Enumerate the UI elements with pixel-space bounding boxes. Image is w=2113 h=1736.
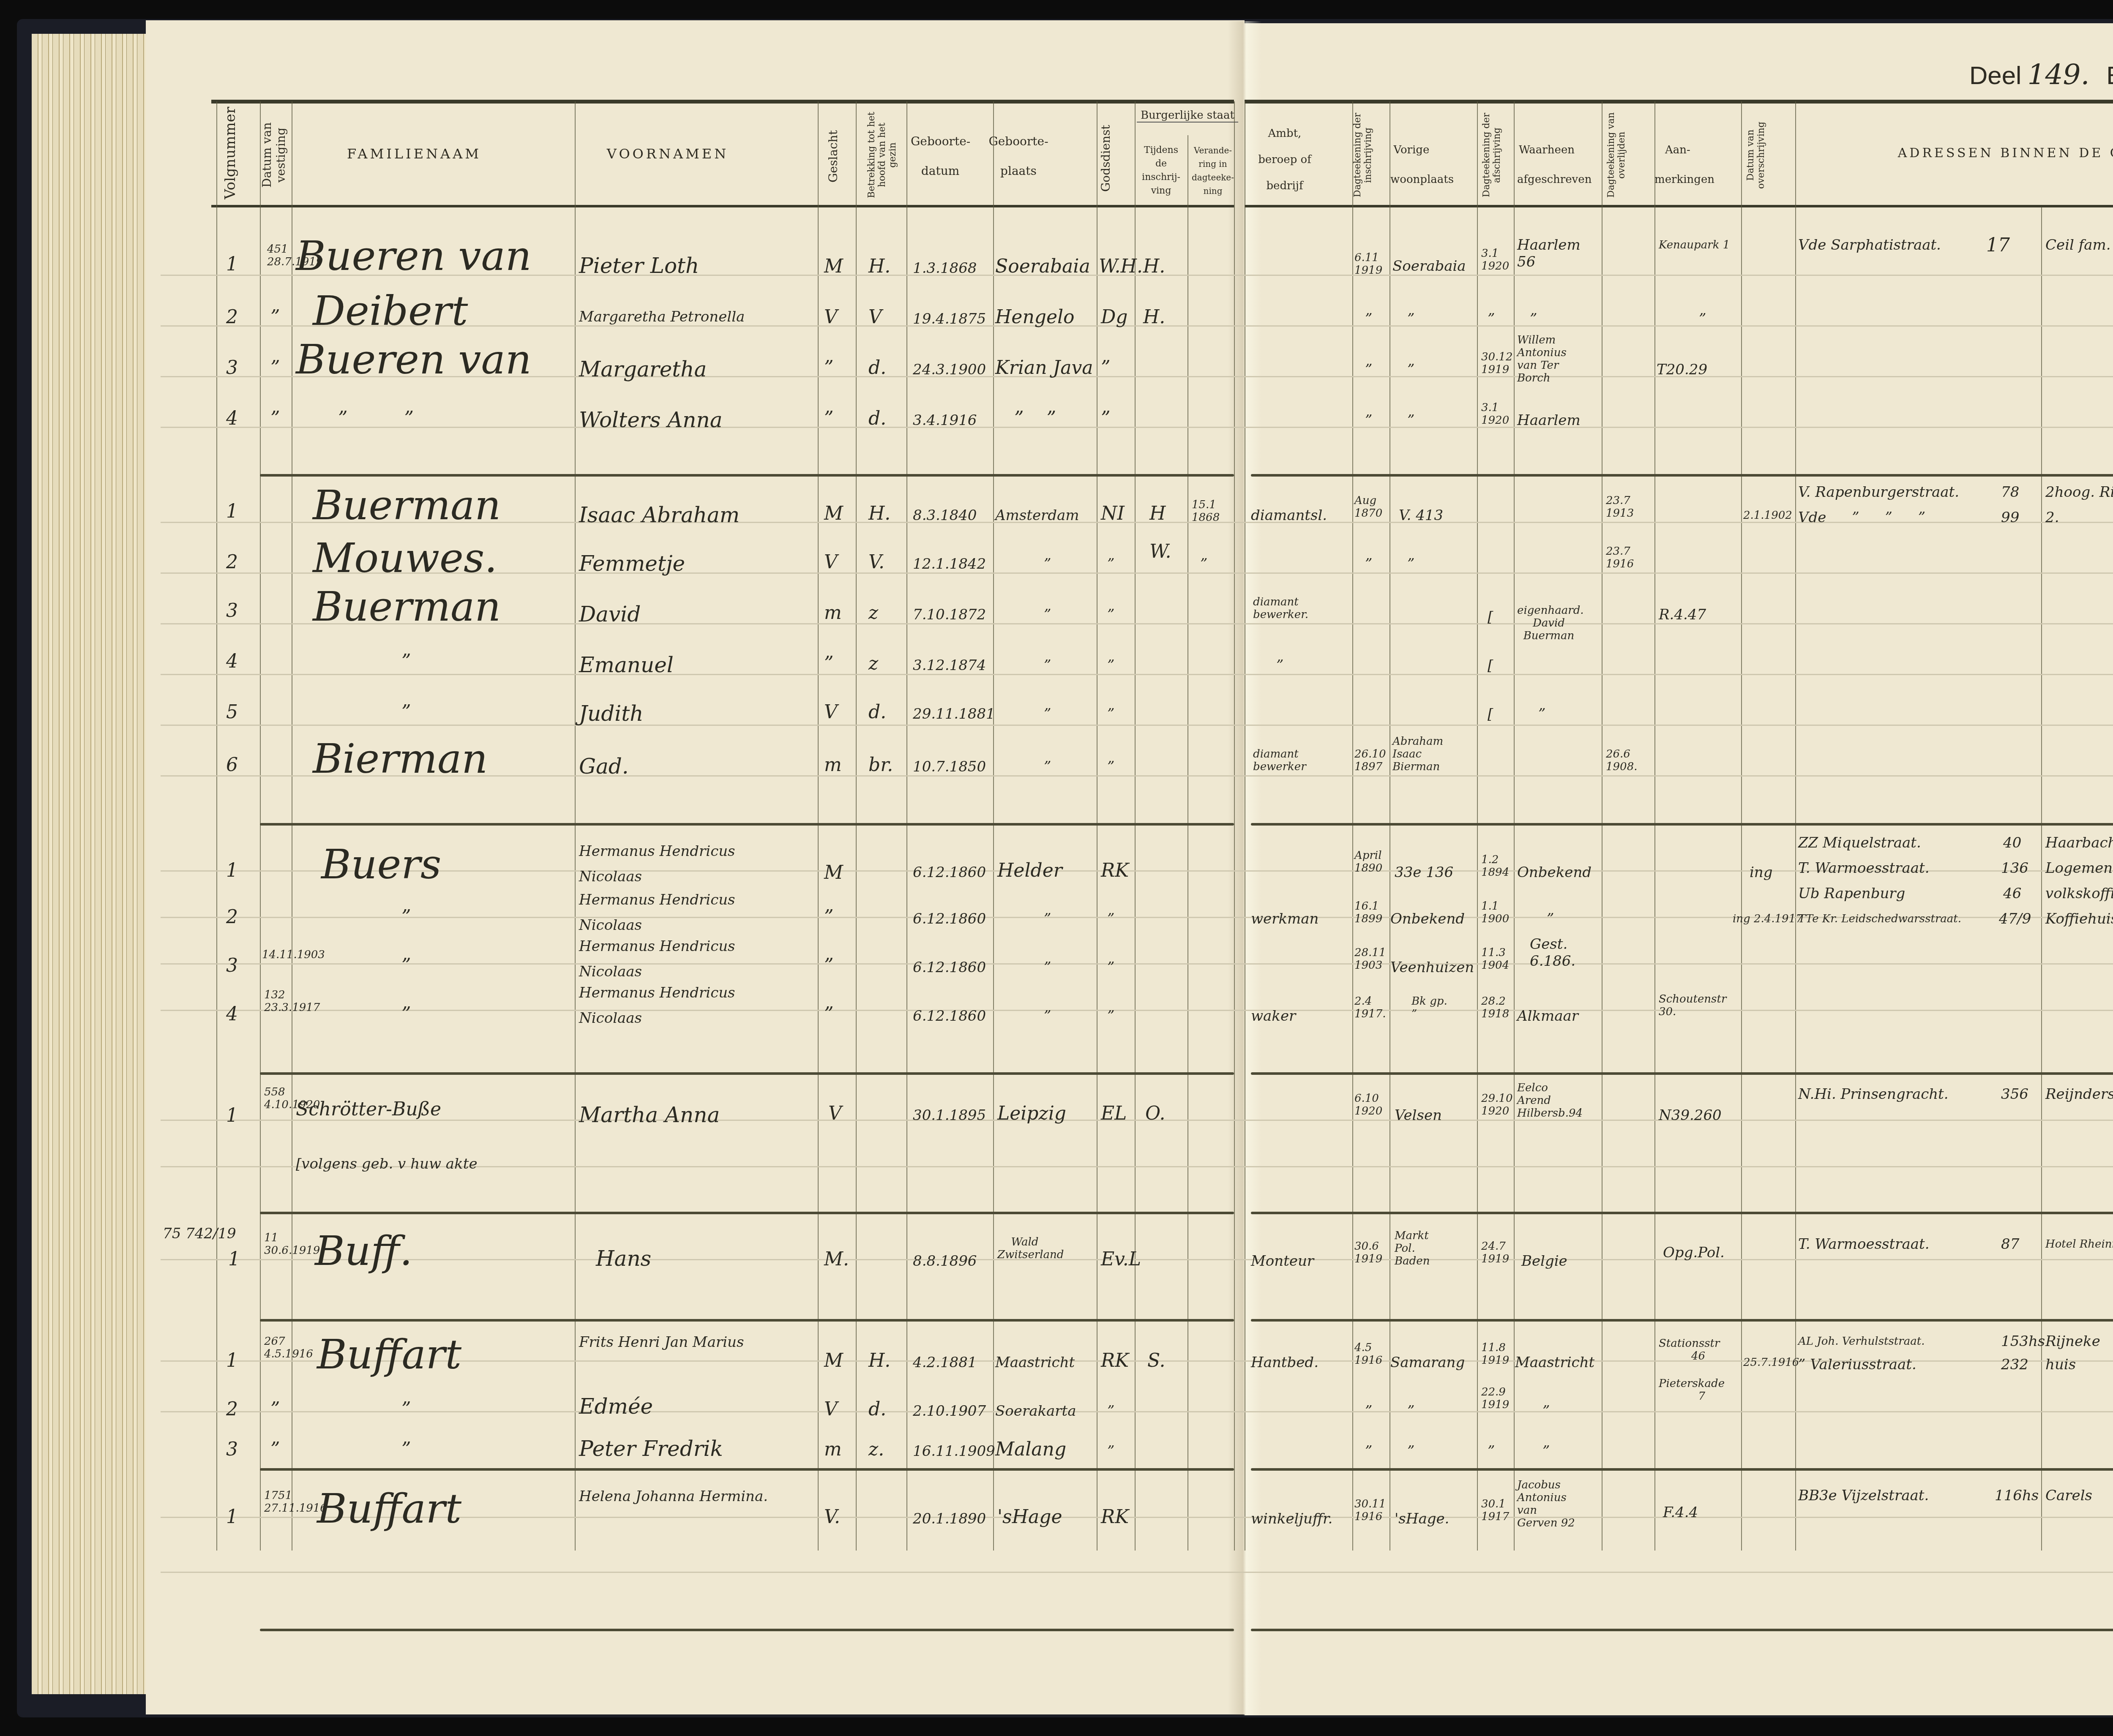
geboorteplaats: Leipzig (997, 1103, 1066, 1124)
godsdienst: ” (1101, 408, 1111, 429)
geslacht: V (824, 551, 838, 573)
familienaam: Deibert (313, 287, 468, 335)
dag-overlijden: 26.6 1908. (1606, 748, 1635, 773)
header-bottom-rule-left (211, 205, 1234, 207)
burgerlijke-staat: O. (1145, 1103, 1165, 1124)
godsdienst: RK (1101, 1506, 1129, 1528)
beroep: diamantsl. (1251, 507, 1327, 524)
aanmerkingen: Pieterskade 7 (1659, 1377, 1705, 1403)
datum-overschrijving: 25.7.1916 (1743, 1356, 1799, 1369)
geslacht: M (824, 862, 843, 883)
dag-afschrijving: 1.2 1894 (1481, 853, 1511, 879)
dag-inschrijving: 30.6 1919 (1354, 1240, 1384, 1265)
godsdienst: Dg (1101, 306, 1127, 328)
vorige-woonplaats: Veenhuizen (1390, 959, 1474, 976)
aanmerkingen: N39.260 (1659, 1107, 1722, 1124)
address-note: volkskoffiehuis (2045, 885, 2113, 902)
dag-inschrijving: 2.4 1917. (1354, 995, 1384, 1020)
familienaam: Buerman (313, 583, 501, 630)
dag-afschrijving: ” (1488, 311, 1495, 327)
col-waarheen: Waarheen afgeschreven (1517, 135, 1576, 194)
col-dag-afschrijving: Dagteekening der afschrijving (1481, 111, 1511, 199)
godsdienst: ” (1107, 758, 1114, 775)
col-voornamen: VOORNAMEN (579, 146, 756, 162)
geboortedatum: 2.10.1907 (913, 1403, 986, 1420)
col-bs-verandering: Verande- ring in dagteeke- ning (1190, 144, 1236, 198)
dag-inschrijving: ” (1365, 311, 1372, 327)
volgnummer: 1 (226, 860, 238, 881)
dag-afschrijving: 29.10 1920 (1481, 1092, 1511, 1117)
deel-label: Deel (1969, 61, 2021, 90)
geboortedatum: 1.3.1868 (913, 260, 977, 277)
waarheen: ” (1530, 311, 1537, 327)
address-number: 87 (2001, 1236, 2019, 1253)
betrekking: d. (868, 408, 886, 429)
dag-inschrijving: 28.11 1903 (1354, 946, 1384, 972)
aanmerkingen: F.4.4 (1663, 1504, 1698, 1521)
voornamen: Hermanus Hendricus Nicolaas (579, 980, 782, 1031)
datum-vestiging: ” (270, 1398, 280, 1420)
waarheen: Alkmaar (1517, 1008, 1578, 1025)
address-note: Haarbach. Ring 3. (2045, 834, 2113, 851)
voornamen: Judith (579, 701, 644, 726)
geslacht: ” (824, 653, 834, 674)
geboorteplaats: Wald Zwitserland (997, 1236, 1052, 1261)
datum-vestiging: 14.11.1903 (262, 948, 325, 961)
dag-afschrijving: [ (1488, 706, 1493, 722)
geslacht: V (828, 1103, 842, 1124)
beroep: waker (1251, 1008, 1296, 1025)
geboortedatum: 24.3.1900 (913, 361, 986, 378)
datum-vestiging: 132 23.3.1917 (264, 989, 289, 1014)
godsdienst: ” (1107, 1443, 1114, 1460)
godsdienst: ” (1107, 556, 1114, 572)
geboortedatum: 6.12.1860 (913, 959, 986, 976)
col-betrekking: Betrekking tot het hoofd van het gezin (866, 111, 904, 199)
dag-afschrijving: 11.8 1919 (1481, 1341, 1511, 1367)
datum-vestiging: ” (270, 306, 280, 328)
col-adressen: ADRESSEN BINNEN DE GEMEENTE (1817, 146, 2113, 161)
waarheen: ” (1538, 706, 1545, 722)
volgnummer: 2 (226, 551, 238, 573)
familienaam: Buff. (315, 1227, 412, 1275)
vorige-woonplaats: Bk gp. ” (1411, 995, 1454, 1020)
familienaam: ” (401, 1439, 411, 1460)
dag-afschrijving: 3.1 1920 (1481, 401, 1511, 427)
margin-note: 75 742/19 (163, 1225, 236, 1242)
aanmerkingen: Stationsstr 46 (1659, 1337, 1705, 1363)
aanmerkingen: Opg.Pol. (1663, 1244, 1725, 1261)
godsdienst: NI (1101, 503, 1125, 524)
familienaam: Buffart (317, 1331, 461, 1378)
voornamen: Hermanus Hendricus Nicolaas (579, 887, 782, 938)
godsdienst: EL (1101, 1103, 1127, 1124)
familienaam: ” (401, 701, 411, 723)
address-street: BB3e Vijzelstraat. (1798, 1487, 1929, 1504)
betrekking: z. (868, 1439, 884, 1460)
datum-vestiging: 558 4.10.1920 (264, 1086, 289, 1111)
blad-label: Blad (2106, 61, 2113, 90)
geslacht: ” (824, 408, 834, 429)
geboorteplaats: Hengelo (995, 306, 1075, 328)
col-godsdienst: Godsdienst (1099, 118, 1113, 199)
dag-afschrijving: 30.12 1919 (1481, 351, 1511, 376)
aanmerkingen: Schoutenstr 30. (1659, 993, 1705, 1018)
deel-value: 149. (2027, 58, 2089, 91)
address-street: ” Valeriusstraat. (1798, 1356, 1916, 1373)
geboortedatum: 10.7.1850 (913, 758, 986, 775)
waarheen: Eelco Arend Hilbersb.94 (1517, 1082, 1572, 1120)
header-top-rule-left (211, 100, 1234, 104)
voornamen: Frits Henri Jan Marius (579, 1331, 782, 1354)
dag-inschrijving: 26.10 1897 (1354, 748, 1384, 773)
volgnummer: 4 (226, 651, 238, 672)
godsdienst: ” (1107, 959, 1114, 976)
dag-inschrijving: 16.1 1899 (1354, 900, 1384, 925)
geboortedatum: 4.2.1881 (913, 1354, 977, 1371)
godsdienst: ” (1107, 706, 1114, 722)
address-note: Reijnders. (2045, 1086, 2113, 1103)
geboorteplaats: Helder (997, 860, 1062, 881)
volgnummer: 4 (226, 408, 238, 429)
dag-afschrijving: [ (1488, 657, 1493, 674)
address-note: Ceil fam. Pens. (2045, 237, 2113, 253)
geboortedatum: 16.11.1909 (913, 1443, 995, 1460)
geslacht: m (824, 602, 842, 624)
address-number: 356 (2001, 1086, 2028, 1103)
familienaam: ” (401, 906, 411, 928)
beroep: diamant bewerker (1253, 748, 1299, 773)
vorige-woonplaats: ” (1407, 412, 1414, 429)
dag-inschrijving: ” (1365, 412, 1372, 429)
familienaam: Buffart (317, 1485, 461, 1532)
familienaam: ” (401, 955, 411, 976)
vorige-woonplaats: Samarang (1390, 1354, 1465, 1371)
geslacht: M (824, 503, 843, 524)
waarheen: Haarlem (1517, 412, 1581, 429)
voornamen: Martha Anna (579, 1103, 720, 1127)
datum-vestiging: ” (270, 1439, 280, 1460)
geboorteplaats: ” (1044, 556, 1051, 572)
geboorteplaats: Maastricht (995, 1354, 1075, 1371)
address-number: 78 (2001, 484, 2019, 501)
dag-inschrijving: 6.11 1919 (1354, 251, 1384, 277)
betrekking: H. (868, 256, 890, 277)
address-note: 2. (2045, 509, 2059, 526)
volgnummer: 6 (226, 754, 238, 776)
familienaam: Bierman (313, 735, 488, 782)
address-note: huis (2045, 1356, 2076, 1373)
dag-inschrijving: ” (1365, 361, 1372, 378)
waarheen: Belgie (1521, 1253, 1567, 1270)
aanmerkingen: ” (1699, 311, 1706, 327)
volgnummer: 3 (226, 600, 238, 621)
datum-overschrijving: ing 2.4.1917 (1733, 913, 1803, 925)
dag-afschrijving: 3.1 1920 (1481, 247, 1511, 273)
voornamen: Hermanus Hendricus Nicolaas (579, 839, 782, 889)
col-datum-vestiging: Datum van vestiging (260, 111, 285, 199)
col-volgnummer: Volgnummer (222, 111, 239, 199)
vorige-woonplaats: Soerabaia (1392, 258, 1466, 275)
burgerlijke-staat: S. (1147, 1350, 1166, 1371)
volgnummer: 3 (226, 357, 238, 379)
familienaam: Bueren van (296, 232, 532, 280)
family-note: [volgens geb. v huw akte (296, 1156, 478, 1172)
volgnummer: 1 (228, 1248, 240, 1270)
vorige-woonplaats: Onbekend (1390, 910, 1465, 927)
address-number: 46 (2003, 885, 2021, 902)
vorige-woonplaats: 33e 136 (1395, 864, 1453, 881)
waarheen: ” (1547, 910, 1554, 927)
burgerlijke-staat: H. (1143, 256, 1165, 277)
geboortedatum: 6.12.1860 (913, 1008, 986, 1025)
volgnummer: 1 (226, 1350, 238, 1371)
geboortedatum: 20.1.1890 (913, 1510, 986, 1527)
voornamen: Femmetje (579, 551, 685, 576)
betrekking: br. (868, 754, 893, 776)
dag-inschrijving: 30.11 1916 (1354, 1498, 1384, 1523)
familienaam: Buerman (313, 482, 501, 529)
address-street: T. Warmoesstraat. (1798, 860, 1929, 877)
geboorteplaats: ” (1044, 1008, 1051, 1025)
waarheen: Maastricht (1515, 1354, 1594, 1371)
betrekking: d. (868, 1398, 886, 1420)
datum-vestiging: ” (270, 357, 280, 379)
volgnummer: 5 (226, 701, 238, 723)
col-dag-overlijden: Dagteekening van overlijden (1606, 111, 1635, 199)
vorige-woonplaats: Markt Pol. Baden (1395, 1229, 1441, 1267)
godsdienst: RK (1101, 1350, 1129, 1371)
vorige-woonplaats: V. 413 (1399, 507, 1443, 524)
geslacht: V. (824, 1506, 840, 1528)
address-street: V. Rapenburgerstraat. (1798, 484, 1959, 501)
geslacht: V (824, 701, 838, 723)
datum-vestiging: 1751 27.11.1916 (264, 1489, 289, 1515)
godsdienst: ” (1107, 657, 1114, 674)
dag-inschrijving: ” (1365, 1443, 1372, 1460)
waarheen: Haarlem 56 (1517, 237, 1581, 270)
geboortedatum: 7.10.1872 (913, 606, 986, 623)
geboorteplaats: Soerabaia (995, 256, 1090, 277)
geslacht: M (824, 256, 843, 277)
waarheen: ” (1542, 1443, 1550, 1460)
geslacht: ” (824, 906, 834, 928)
dag-afschrijving: 11.3 1904 (1481, 946, 1511, 972)
geboortedatum: 19.4.1875 (913, 311, 986, 327)
familienaam: ” (401, 651, 411, 672)
volgnummer: 2 (226, 306, 238, 328)
betrekking: d. (868, 701, 886, 723)
geslacht: ” (824, 1003, 834, 1025)
betrekking: V (868, 306, 882, 328)
dag-afschrijving: 1.1 1900 (1481, 900, 1511, 925)
volgnummer: 2 (226, 906, 238, 928)
vorige-woonplaats: ” (1407, 556, 1414, 572)
godsdienst: RK (1101, 860, 1129, 881)
header-top-rule-right (1245, 100, 2113, 104)
godsdienst: W.H. (1099, 256, 1143, 277)
geboorteplaats: Amsterdam (995, 507, 1079, 524)
geslacht: M (824, 1350, 843, 1371)
geslacht: m (824, 754, 842, 776)
geboorteplaats: 'sHage (997, 1506, 1062, 1528)
volgnummer: 3 (226, 1439, 238, 1460)
betrekking: d. (868, 357, 886, 379)
voornamen: Hermanus Hendricus Nicolaas (579, 934, 782, 984)
geboortedatum: 3.4.1916 (913, 412, 977, 429)
burgerlijke-staat: W. (1149, 541, 1171, 562)
godsdienst: Ev.L (1101, 1248, 1141, 1270)
godsdienst: ” (1107, 1008, 1114, 1025)
geboortedatum: 8.3.1840 (913, 507, 977, 524)
col-aanmerkingen: Aan- merkingen (1654, 135, 1701, 194)
address-number: 232 (2001, 1356, 2028, 1373)
geslacht: m (824, 1439, 842, 1460)
aanmerkingen: Kenaupark 1 (1659, 239, 1730, 251)
betrekking: H. (868, 503, 890, 524)
voornamen: Peter Fredrik (579, 1436, 723, 1461)
address-street: AL Joh. Verhulststraat. (1798, 1335, 1925, 1348)
volgnummer: 1 (226, 253, 238, 275)
familienaam: Mouwes. (313, 534, 497, 582)
godsdienst: ” (1107, 606, 1114, 623)
dag-afschrijving: 22.9 1919 (1481, 1386, 1511, 1411)
vorige-woonplaats: ” (1407, 1443, 1414, 1460)
address-number: 99 (2001, 509, 2019, 526)
familienaam: Buers (321, 841, 441, 888)
voornamen: Wolters Anna (579, 408, 723, 432)
address-street: Ub Rapenburg (1798, 885, 1905, 902)
voornamen: Helena Johanna Hermina. (579, 1485, 782, 1508)
vorige-woonplaats: ” (1407, 361, 1414, 378)
address-note: Rijneke (2045, 1333, 2100, 1350)
beroep: werkman (1251, 910, 1319, 927)
vorige-woonplaats: 'sHage. (1395, 1510, 1449, 1527)
waarheen: Gest. 6.186. (1530, 936, 1576, 970)
col-geslacht: Geslacht (826, 114, 840, 199)
geboortedatum: 6.12.1860 (913, 864, 986, 881)
godsdienst: ” (1101, 357, 1111, 379)
voornamen: Isaac Abraham (579, 503, 740, 527)
volgnummer: 3 (226, 955, 238, 976)
dag-inschrijving: 4.5 1916 (1354, 1341, 1384, 1367)
address-number: 17 (1986, 234, 2010, 256)
geboorteplaats: ” (1044, 910, 1051, 927)
voornamen: Hans (596, 1246, 651, 1271)
address-street: TTe Kr. Leidschedwarsstraat. (1798, 913, 1961, 925)
col-geboorteplaats: Geboorte- plaats (985, 127, 1052, 186)
geboorteplaats: ” ” (1014, 408, 1056, 429)
address-number: 153hs (2001, 1333, 2045, 1350)
waarheen: Willem Antonius van Ter Borch (1517, 334, 1581, 384)
dag-inschrijving: ” (1365, 556, 1372, 572)
datum-vestiging: 11 30.6.1919 (264, 1232, 289, 1257)
volgnummer: 1 (226, 1105, 238, 1126)
datum-overschrijving: ing (1750, 864, 1773, 881)
geslacht: ” (824, 955, 834, 976)
godsdienst: ” (1107, 910, 1114, 927)
address-note: Koffiehuis I (2045, 910, 2113, 927)
geboorteplaats: ” (1044, 959, 1051, 976)
dag-afschrijving: 24.7 1919 (1481, 1240, 1511, 1265)
dag-overlijden: 23.7 1913 (1606, 494, 1635, 520)
geboortedatum: 30.1.1895 (913, 1107, 986, 1124)
beroep: diamant bewerker. (1253, 596, 1299, 621)
geboortedatum: 8.8.1896 (913, 1253, 977, 1270)
aanmerkingen: R.4.47 (1659, 606, 1706, 623)
address-street: Vde ” ” ” (1798, 509, 1925, 526)
col-vorige-woonplaats: Vorige woonplaats (1390, 135, 1433, 194)
geboortedatum: 29.11.1881 (913, 706, 995, 722)
datum-overschrijving: 2.1.1902 (1743, 509, 1792, 522)
burgerlijke-staat: H (1149, 503, 1166, 524)
betrekking: z (868, 653, 878, 674)
geboorteplaats: ” (1044, 606, 1051, 623)
bs-verandering: 15.1 1868 (1192, 499, 1221, 524)
address-number: 116hs (1995, 1487, 2039, 1504)
geboorteplaats: Krian Java (995, 357, 1093, 379)
volgnummer: 2 (226, 1398, 238, 1420)
col-dag-inschrijving: Dagteekening der inschrijving (1352, 111, 1382, 199)
col-datum-overschrijving: Datum van overschrijving (1745, 111, 1775, 199)
address-street: T. Warmoesstraat. (1798, 1236, 1929, 1253)
geslacht: M. (824, 1248, 849, 1270)
dag-inschrijving: Aug 1870 (1354, 494, 1384, 520)
geboortedatum: 6.12.1860 (913, 910, 986, 927)
beroep: ” (1276, 657, 1283, 674)
address-note: 2hoog. Ring 3. (2045, 484, 2113, 501)
col-burgerlijke-staat: Burgerlijke staat (1137, 109, 1238, 123)
datum-vestiging: 451 28.7.1919 (267, 243, 292, 268)
dag-afschrijving: ” (1488, 1443, 1495, 1460)
volgnummer: 4 (226, 1003, 238, 1025)
beroep: winkeljuffr. (1251, 1510, 1332, 1527)
vorige-woonplaats: ” (1407, 1403, 1414, 1420)
volgnummer: 1 (226, 1506, 238, 1528)
bs-verandering: ” (1200, 556, 1207, 572)
geboorteplaats: Soerakarta (995, 1403, 1076, 1420)
voornamen: Margaretha Petronella (579, 308, 745, 325)
col-beroep: Ambt, beroep of bedrijf (1255, 120, 1314, 199)
dag-inschrijving: ” (1365, 1403, 1372, 1420)
address-number: 40 (2003, 834, 2021, 851)
betrekking: z (868, 602, 878, 624)
col-geboortedatum: Geboorte- datum (911, 127, 970, 186)
geboorteplaats: ” (1044, 657, 1051, 674)
address-note: Hotel Rheinischer Hof (2045, 1238, 2113, 1251)
burgerlijke-staat: H. (1143, 306, 1165, 328)
geboorteplaats: Malang (995, 1439, 1066, 1460)
voornamen: David (579, 602, 641, 627)
geboorteplaats: ” (1044, 758, 1051, 775)
waarheen: ” (1542, 1403, 1550, 1420)
familienaam: Schrötter-Buße (296, 1098, 441, 1120)
waarheen: Onbekend (1517, 864, 1592, 881)
voornamen: Margaretha (579, 357, 707, 382)
dag-inschrijving: April 1890 (1354, 849, 1384, 875)
volgnummer: 1 (226, 501, 238, 522)
voornamen: Pieter Loth (579, 253, 699, 278)
header-bottom-rule-right (1245, 205, 2113, 207)
voornamen: Emanuel (579, 653, 674, 677)
datum-vestiging: 267 4.5.1916 (264, 1335, 289, 1360)
address-number: 47/9 (1999, 910, 2031, 927)
waarheen: Jacobus Antonius van Gerven 92 (1517, 1479, 1576, 1529)
betrekking: H. (868, 1350, 890, 1371)
dag-afschrijving: [ (1488, 608, 1493, 625)
address-street: Vde Sarphatistraat. (1798, 237, 1941, 253)
dag-afschrijving: 28.2 1918 (1481, 995, 1511, 1020)
